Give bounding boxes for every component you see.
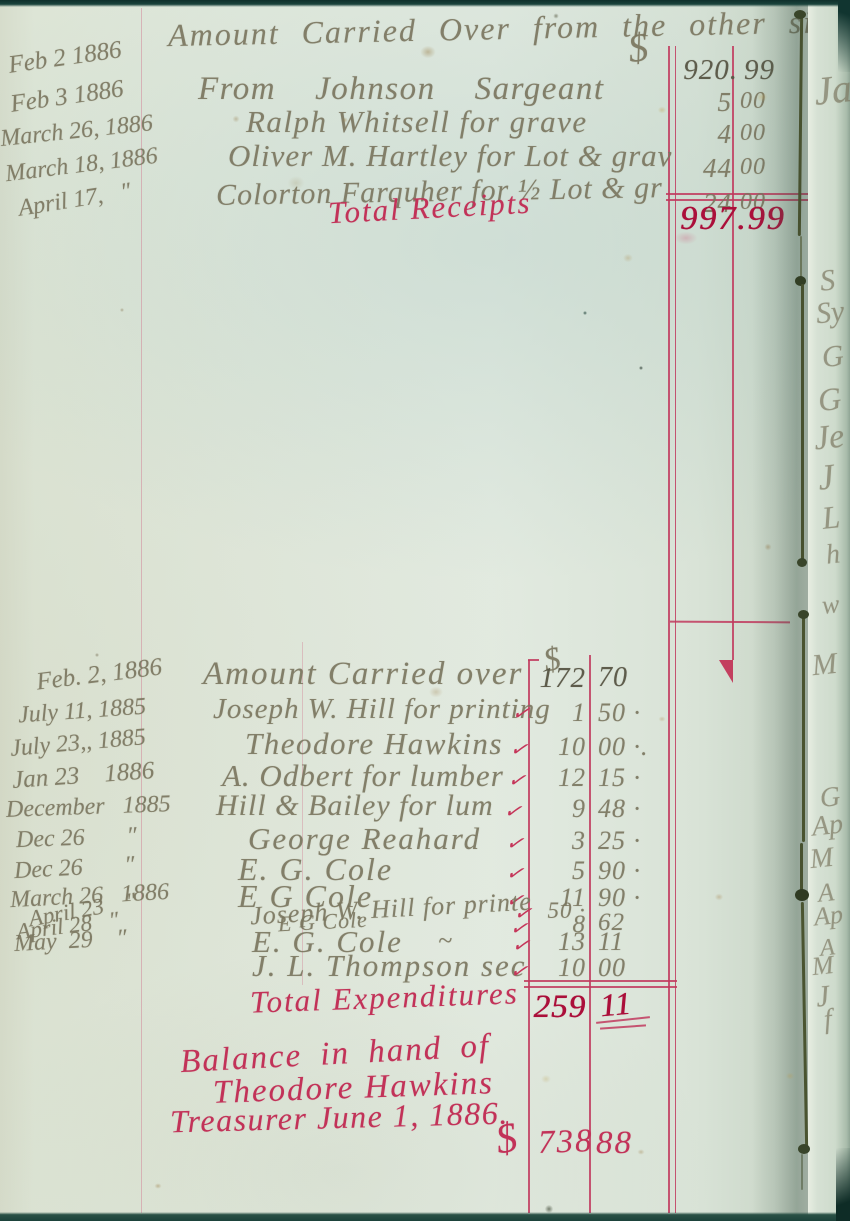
amount-dollars: 44	[676, 155, 732, 182]
amount-dollars: 12	[534, 765, 586, 791]
binding-thread-fray	[801, 1154, 803, 1190]
entry-description: George Reahard	[248, 823, 481, 854]
page-fragment: G	[816, 382, 842, 416]
page-fragment: G	[820, 341, 845, 373]
entry-description: From Johnson Sargeant	[198, 73, 605, 106]
expenditures-total-label: Total Expenditures	[250, 977, 520, 1017]
check-mark-icon: ✓	[504, 830, 526, 858]
adjacent-page-edge: JaSSyGGJeJLhwMGApMAApAMJf	[808, 0, 850, 1221]
ledger-page-scan: Amount Carried Over from the other side …	[0, 0, 850, 1221]
page-fragment: h	[825, 540, 842, 569]
margin-rule	[141, 8, 142, 1213]
cents-column-rule-top	[732, 46, 734, 660]
amount-cents: 90 ·	[598, 885, 641, 911]
entry-date: March 18, 1886	[4, 144, 159, 186]
entry-date: July 23,, 1885	[9, 725, 147, 761]
receipts-total-label: Total Receipts	[327, 187, 532, 229]
page-fragment: Ap	[813, 902, 844, 931]
amount-cents: 11	[598, 929, 624, 955]
entry-date: Dec 26 ″	[16, 824, 137, 852]
binding-knot	[795, 889, 809, 901]
binding-knot	[798, 1144, 810, 1154]
binding-knot	[797, 558, 807, 567]
page-fragment: Sy	[815, 297, 846, 330]
entry-description: Theodore Hawkins	[245, 728, 503, 759]
page-fragment: M	[809, 844, 835, 874]
page-fragment: M	[811, 649, 839, 681]
entry-date: Feb 2 1886	[7, 37, 123, 78]
amount-cents: 00	[598, 955, 626, 981]
check-mark-icon: ✓	[508, 736, 530, 764]
amount-cents: 00 ·.	[598, 734, 649, 760]
binding-thread-segment	[802, 612, 805, 842]
page-fragment: Ap	[811, 810, 845, 841]
amount-dollars: 920.	[676, 56, 738, 85]
photo-edge-bottom	[0, 1212, 850, 1221]
amount-dollars: 5	[676, 89, 732, 116]
entry-description: Amount Carried over	[203, 658, 523, 691]
amount-cents: 15 ·	[598, 765, 641, 791]
entry-date: Feb 3 1886	[9, 76, 125, 117]
amount-cents: 25 ·	[598, 828, 641, 854]
balance-amount-dollars: 738	[537, 1125, 594, 1160]
amount-dollars: 10	[534, 734, 586, 760]
amount-dollars: 1	[534, 700, 586, 726]
amount-dollars: 172	[534, 664, 586, 693]
check-mark-icon: ✓	[506, 767, 528, 795]
expenditure-bracket-tick	[528, 659, 539, 661]
expenditures-total-cents: 11	[599, 987, 633, 1022]
binding-knot	[798, 610, 809, 619]
binding-thread-segment	[801, 284, 804, 562]
entry-date: Jan 23 1886	[11, 758, 155, 793]
amount-column-rule-left-a	[668, 46, 670, 1213]
check-mark-icon: ✓	[504, 860, 526, 888]
rule-end-flag	[719, 660, 733, 683]
page-fragment: Ja	[812, 68, 850, 112]
amount-dollars: 13	[534, 929, 586, 955]
check-mark-icon: ✓	[502, 798, 524, 826]
page-title: Amount Carried Over from the other side	[168, 5, 849, 51]
amount-cents: 48 ·	[598, 796, 641, 822]
photo-corner-bottom-right	[836, 1148, 850, 1221]
amount-cents: 70	[598, 664, 628, 692]
page-fragment: Je	[812, 420, 846, 457]
photo-corner-top-right	[838, 0, 850, 72]
page-fragment: J	[816, 458, 836, 495]
entry-description: Ralph Whitsell for grave	[246, 106, 588, 137]
entry-date: May 29 ″	[13, 926, 127, 956]
amount-dollars: 9	[534, 796, 586, 822]
binding-thread-segment	[800, 843, 803, 895]
balance-currency-icon: $	[493, 1116, 521, 1161]
page-fragment: L	[820, 500, 841, 534]
binding-knot	[794, 10, 806, 19]
photo-edge-top	[0, 0, 850, 7]
page-fragment: M	[811, 952, 835, 980]
expenditures-total-dollars: 259	[530, 991, 586, 1024]
entry-description: Oliver M. Hartley for Lot & grav	[228, 140, 672, 171]
amount-cents: 50 ·	[598, 700, 641, 726]
amount-dollars: 10	[534, 955, 586, 981]
entry-description: Hill & Bailey for lum	[216, 791, 494, 821]
amount-dollars: 5	[534, 858, 586, 884]
entry-description: Joseph W. Hill for printing	[213, 695, 551, 724]
amount-dollars: 3	[534, 828, 586, 854]
check-mark-icon: ✓	[510, 700, 532, 728]
page-fragment: S	[818, 265, 836, 296]
amount-dollars: 4	[676, 121, 732, 148]
page-fragment: w	[821, 591, 841, 619]
entry-date: April 17, ″	[17, 179, 133, 220]
entry-date: July 11, 1885	[17, 695, 147, 728]
total-underline-b	[600, 1024, 646, 1029]
balance-line-3: Treasurer June 1, 1886.	[170, 1097, 510, 1138]
entry-date: Dec 26 ″	[13, 853, 135, 883]
entry-description: A. Odbert for lumber	[222, 760, 504, 791]
balance-amount-cents: 88	[596, 1127, 633, 1160]
entry-date: December 1885	[6, 792, 171, 822]
page-fragment: f	[823, 1006, 834, 1035]
entry-date: Feb. 2, 1886	[35, 654, 163, 694]
amount-cents: 90 ·	[598, 858, 641, 884]
amount-column-rule-left-b	[675, 46, 677, 1213]
